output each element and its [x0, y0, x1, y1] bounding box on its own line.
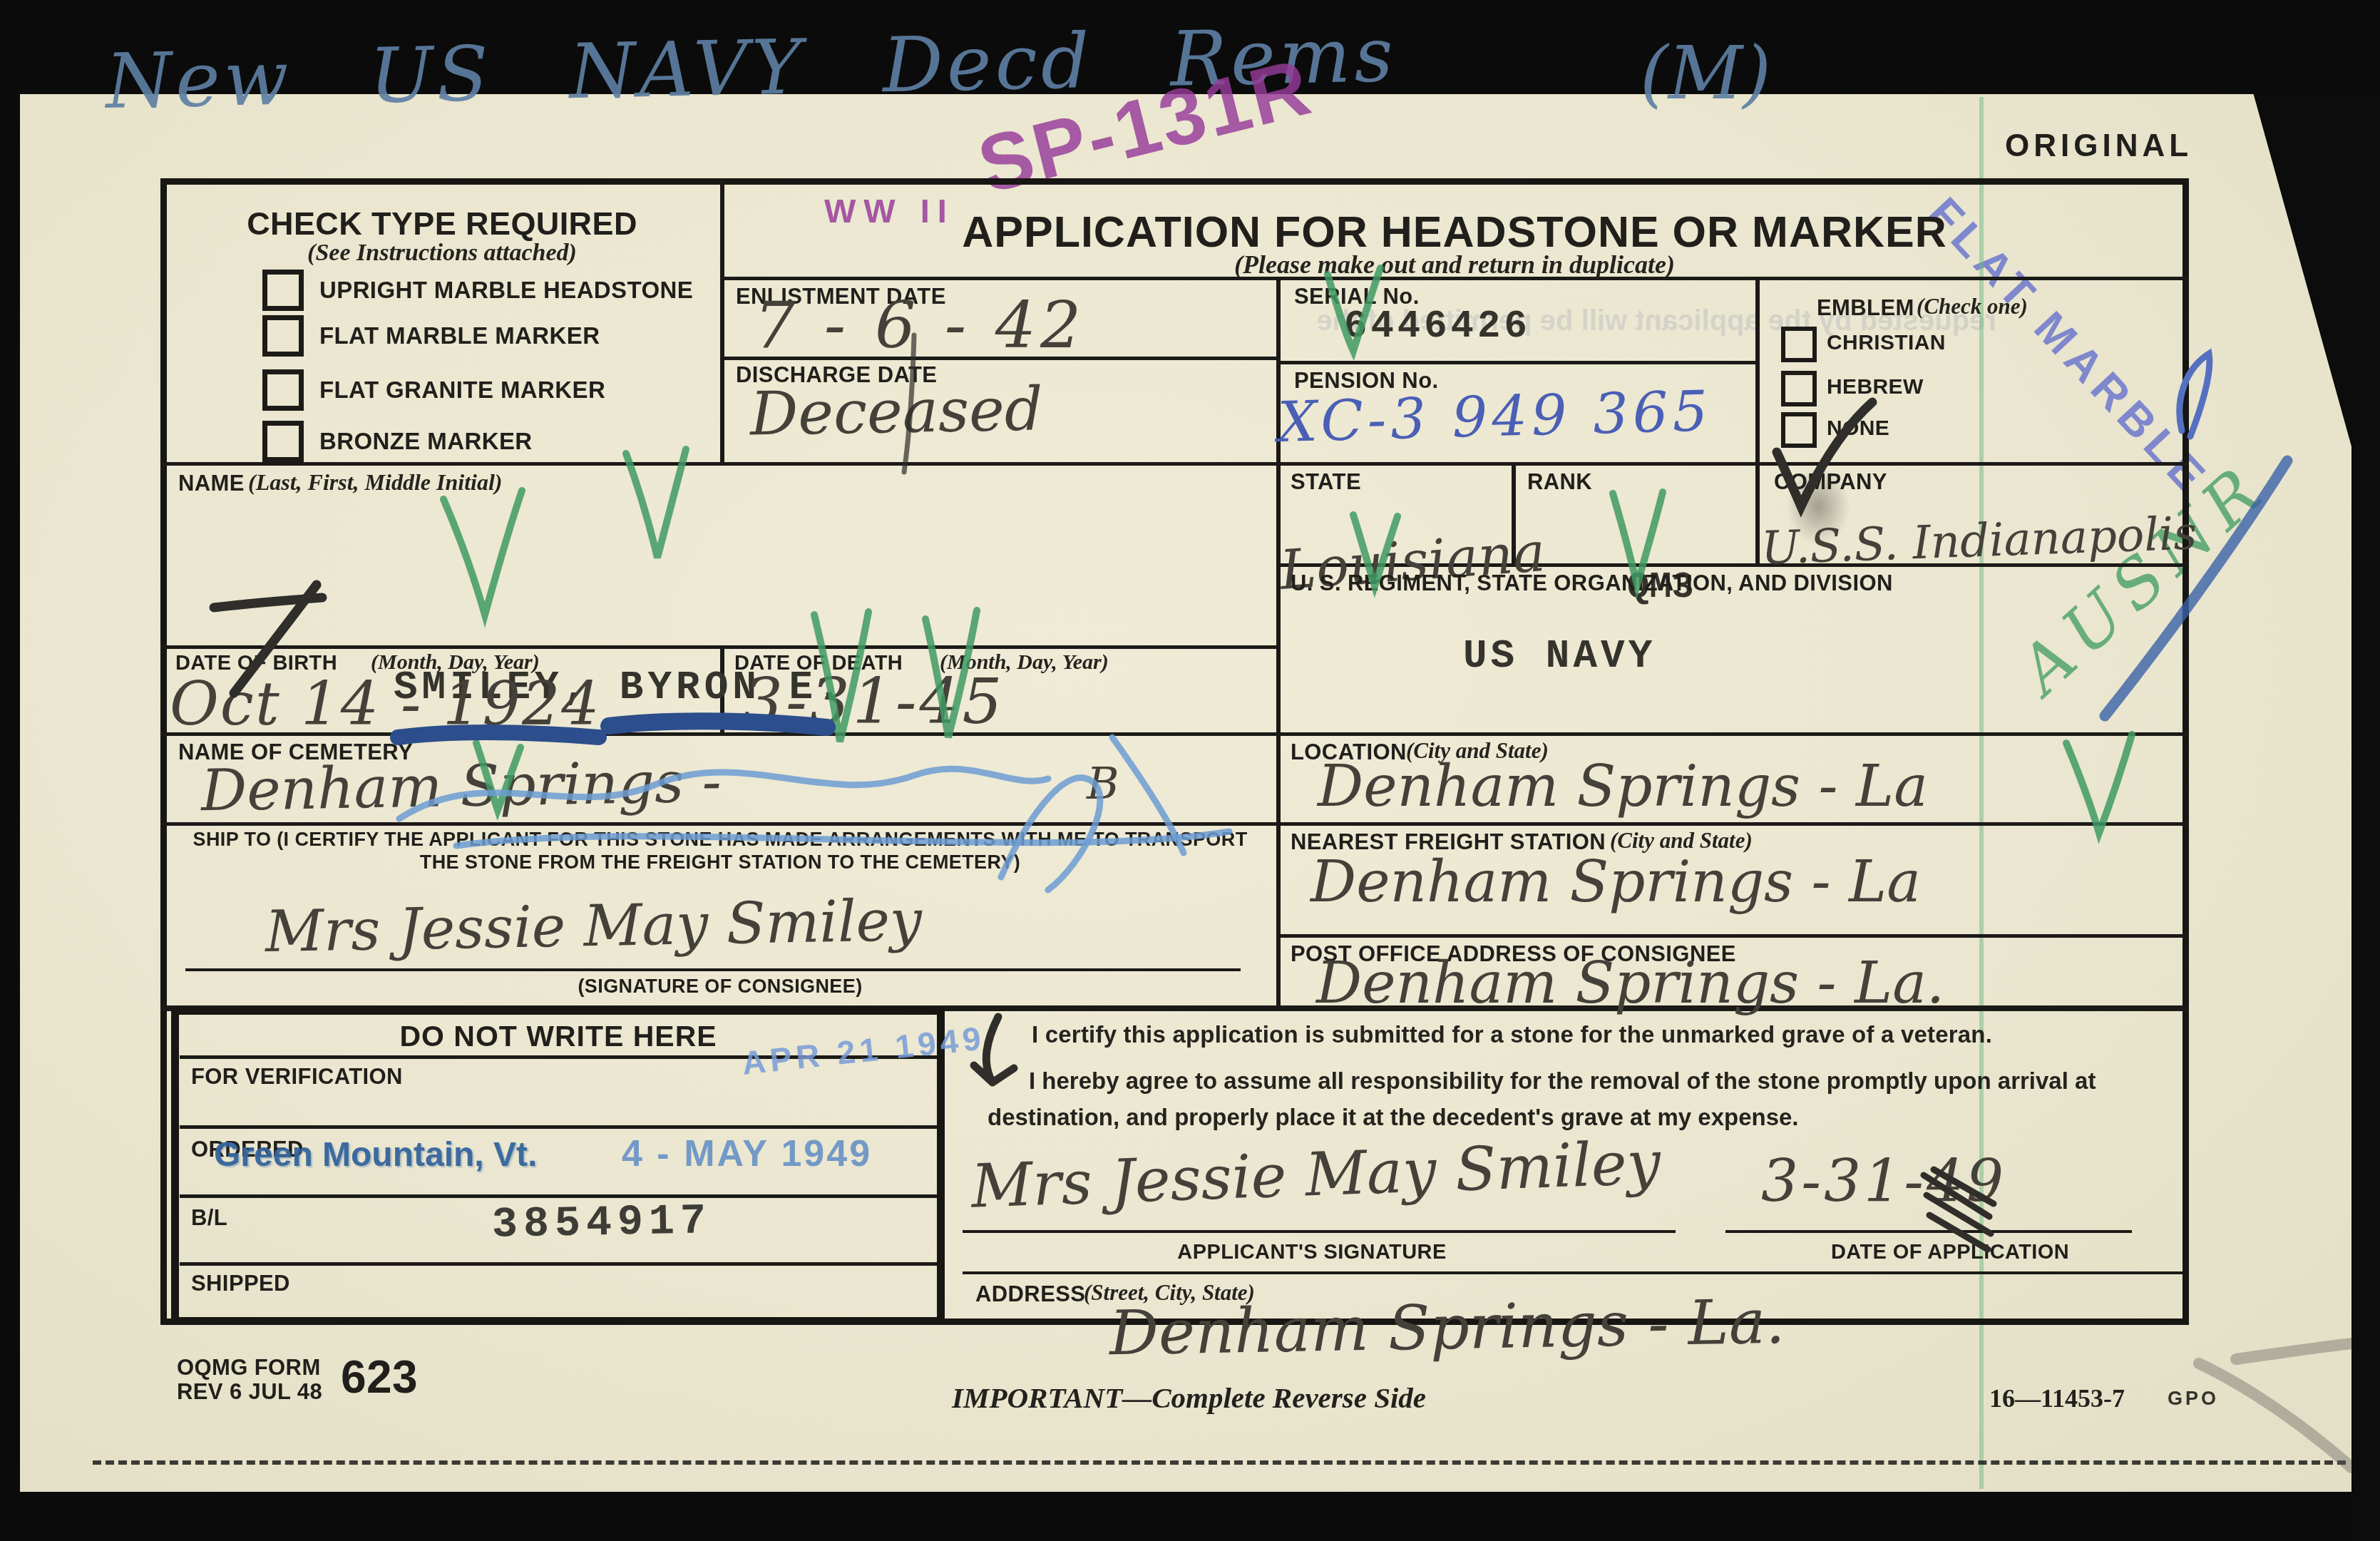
cemetery-scribble-3 — [1112, 737, 1184, 853]
handwritten-marks-overlay — [0, 0, 2380, 1541]
blue-pen-marks — [398, 354, 2287, 890]
margin-d-mark — [2180, 354, 2210, 436]
cemetery-scribble-2 — [456, 831, 1229, 846]
name-underline-1 — [398, 732, 599, 737]
green-checkmarks — [443, 268, 2132, 833]
pencil-smudges — [2199, 1342, 2369, 1468]
certification-arrow — [974, 1017, 1014, 1082]
name-underline-2 — [609, 721, 827, 727]
date-scribble — [1924, 1169, 1994, 1249]
margin-diagonal-stroke — [2105, 461, 2287, 716]
pencil-stroke — [904, 335, 914, 472]
christian-check-mark — [1777, 402, 1872, 506]
scan-edge-strip — [2351, 93, 2380, 1541]
scanned-document: requested by the applicant will be permi… — [0, 0, 2380, 1541]
cemetery-scribble-loop — [1001, 778, 1100, 890]
